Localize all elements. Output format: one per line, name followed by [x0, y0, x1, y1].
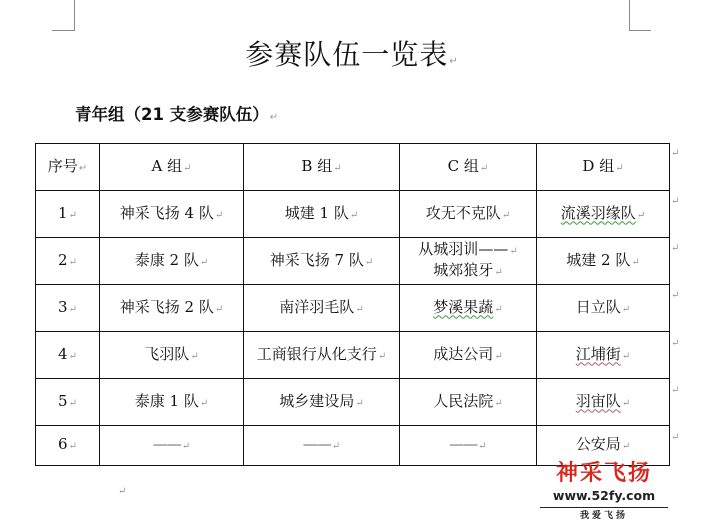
cell-group-a: 飞羽队↵	[100, 332, 244, 379]
watermark-slogan: 我爱飞扬	[545, 511, 663, 522]
page-title-text: 参赛队伍一览表	[245, 38, 448, 71]
header-label: B 组	[301, 157, 332, 175]
cell-group-b: 城乡建设局↵	[244, 379, 400, 426]
cell-text: 成达公司	[433, 345, 493, 363]
cell-group-b: 城建 1 队↵	[244, 191, 400, 238]
table-row: 4↵ 飞羽队↵ 工商银行从化支行↵ 成达公司↵ 江埔街↵	[36, 332, 670, 379]
crop-mark-left-horizontal	[52, 30, 75, 31]
table-row: 3↵ 神采飞扬 2 队↵ 南洋羽毛队↵ 梦溪果蔬↵ 日立队↵	[36, 285, 670, 332]
paragraph-mark-icon: ↵	[637, 210, 645, 221]
cell-group-c: ——↵	[400, 426, 537, 466]
cell-no: 3↵	[36, 285, 100, 332]
cell-text: 神采飞扬 2 队	[120, 298, 214, 316]
cell-text: 南洋羽毛队	[279, 298, 354, 316]
cell-text: 流溪羽缘队	[561, 204, 636, 222]
header-cell-group-d: D 组↵	[537, 144, 670, 191]
paragraph-mark-icon: ↵	[478, 441, 486, 452]
paragraph-mark-icon: ↵	[69, 351, 77, 362]
page-title: 参赛队伍一览表↵	[0, 33, 704, 73]
cell-text: 羽宙队	[576, 392, 621, 410]
row-end-mark-icon: ↵	[671, 338, 679, 349]
cell-text: 城建 1 队	[285, 204, 349, 222]
cell-group-b: 神采飞扬 7 队↵	[244, 238, 400, 285]
paragraph-mark-icon: ↵	[190, 351, 198, 362]
crop-mark-right-vertical	[629, 0, 630, 30]
row-end-mark-icon: ↵	[671, 290, 679, 301]
cell-text: 飞羽队	[144, 345, 189, 363]
paragraph-mark-icon: ↵	[270, 112, 278, 123]
paragraph-mark-icon: ↵	[494, 267, 502, 278]
cell-group-a: 泰康 1 队↵	[100, 379, 244, 426]
paragraph-mark-icon: ↵	[378, 351, 386, 362]
teams-table: 序号↵ A 组↵ B 组↵ C 组↵ D 组↵ 1↵ 神采飞扬 4 队↵ 城建 …	[35, 143, 670, 466]
paragraph-mark-icon: ↵	[118, 486, 126, 497]
cell-text: 神采飞扬 4 队	[120, 204, 214, 222]
cell-text: 江埔街	[576, 345, 621, 363]
cell-group-d: 日立队↵	[537, 285, 670, 332]
cell-text: 公安局	[576, 435, 621, 453]
cell-text: ——	[153, 435, 181, 453]
paragraph-mark-icon: ↵	[69, 441, 77, 452]
cell-no: 2↵	[36, 238, 100, 285]
table-row: 5↵ 泰康 1 队↵ 城乡建设局↵ 人民法院↵ 羽宙队↵	[36, 379, 670, 426]
paragraph-mark-icon: ↵	[183, 163, 191, 174]
paragraph-mark-icon: ↵	[350, 210, 358, 221]
row-end-mark-icon: ↵	[671, 243, 679, 254]
cell-group-a: 神采飞扬 2 队↵	[100, 285, 244, 332]
table-row: 2↵ 泰康 2 队↵ 神采飞扬 7 队↵ 从城羽训——↵城郊狼牙↵ 城建 2 队…	[36, 238, 670, 285]
cell-text: 攻无不克队	[426, 204, 501, 222]
cell-group-d: 城建 2 队↵	[537, 238, 670, 285]
header-label: A 组	[152, 157, 183, 175]
cell-text: 泰康 1 队	[135, 392, 199, 410]
paragraph-mark-icon: ↵	[449, 56, 458, 67]
cell-group-c: 成达公司↵	[400, 332, 537, 379]
header-label: C 组	[448, 157, 479, 175]
cell-no: 6↵	[36, 426, 100, 466]
cell-text: 梦溪果蔬	[433, 298, 493, 316]
cell-text: 城建 2 队	[566, 251, 630, 269]
paragraph-mark-icon: ↵	[355, 398, 363, 409]
table-header-row: 序号↵ A 组↵ B 组↵ C 组↵ D 组↵	[36, 144, 670, 191]
cell-group-c: 梦溪果蔬↵	[400, 285, 537, 332]
cell-group-b: 南洋羽毛队↵	[244, 285, 400, 332]
cell-no: 1↵	[36, 191, 100, 238]
paragraph-mark-icon: ↵	[494, 304, 502, 315]
paragraph-mark-icon: ↵	[333, 163, 341, 174]
cell-text: 6	[58, 435, 68, 453]
paragraph-mark-icon: ↵	[480, 163, 488, 174]
watermark-divider	[540, 507, 668, 508]
cell-group-d: 流溪羽缘队↵	[537, 191, 670, 238]
paragraph-mark-icon: ↵	[69, 304, 77, 315]
header-cell-no: 序号↵	[36, 144, 100, 191]
cell-text: 2	[58, 251, 68, 269]
paragraph-mark-icon: ↵	[502, 210, 510, 221]
header-cell-group-c: C 组↵	[400, 144, 537, 191]
cell-text: 城乡建设局	[279, 392, 354, 410]
cell-text: 泰康 2 队	[135, 251, 199, 269]
cell-no: 4↵	[36, 332, 100, 379]
paragraph-mark-icon: ↵	[622, 398, 630, 409]
row-end-mark-icon: ↵	[671, 148, 679, 159]
paragraph-mark-icon: ↵	[332, 441, 340, 452]
cell-text-line2: 城郊狼牙	[433, 261, 493, 279]
cell-group-c: 从城羽训——↵城郊狼牙↵	[400, 238, 537, 285]
paragraph-mark-icon: ↵	[365, 257, 373, 268]
cell-text: 1	[58, 204, 68, 222]
cell-group-a: 泰康 2 队↵	[100, 238, 244, 285]
cell-group-c: 攻无不克队↵	[400, 191, 537, 238]
paragraph-mark-icon: ↵	[69, 398, 77, 409]
watermark-url: www.52fy.com	[545, 488, 663, 504]
cell-group-c: 人民法院↵	[400, 379, 537, 426]
paragraph-mark-icon: ↵	[69, 210, 77, 221]
paragraph-mark-icon: ↵	[631, 257, 639, 268]
cell-group-a: 神采飞扬 4 队↵	[100, 191, 244, 238]
cell-group-a: ——↵	[100, 426, 244, 466]
cell-no: 5↵	[36, 379, 100, 426]
watermark-brand: 神采飞扬	[545, 462, 663, 486]
crop-mark-left-vertical	[74, 0, 75, 30]
header-cell-group-b: B 组↵	[244, 144, 400, 191]
header-label: D 组	[582, 157, 614, 175]
cell-group-b: 工商银行从化支行↵	[244, 332, 400, 379]
watermark-logo: 神采飞扬 www.52fy.com 我爱飞扬	[545, 462, 663, 522]
cell-text: ——	[449, 435, 477, 453]
paragraph-mark-icon: ↵	[622, 304, 630, 315]
cell-text: 工商银行从化支行	[257, 345, 377, 363]
cell-text: 5	[58, 392, 68, 410]
cell-text: 3	[58, 298, 68, 316]
cell-text: 日立队	[576, 298, 621, 316]
row-end-mark-icon: ↵	[671, 432, 679, 443]
row-end-mark-icon: ↵	[671, 196, 679, 207]
paragraph-mark-icon: ↵	[215, 210, 223, 221]
paragraph-mark-icon: ↵	[215, 304, 223, 315]
paragraph-mark-icon: ↵	[182, 441, 190, 452]
section-subtitle: 青年组（21 支参赛队伍）↵	[75, 101, 278, 125]
cell-text: 神采飞扬 7 队	[270, 251, 364, 269]
section-subtitle-text: 青年组（21 支参赛队伍）	[75, 105, 269, 124]
paragraph-mark-icon: ↵	[615, 163, 623, 174]
paragraph-mark-icon: ↵	[494, 398, 502, 409]
table-row: 6↵ ——↵ ——↵ ——↵ 公安局↵	[36, 426, 670, 466]
cell-text: 4	[58, 345, 68, 363]
paragraph-mark-icon: ↵	[494, 351, 502, 362]
paragraph-mark-icon: ↵	[622, 441, 630, 452]
paragraph-mark-icon: ↵	[355, 304, 363, 315]
table-row: 1↵ 神采飞扬 4 队↵ 城建 1 队↵ 攻无不克队↵ 流溪羽缘队↵	[36, 191, 670, 238]
cell-group-d: 羽宙队↵	[537, 379, 670, 426]
cell-group-b: ——↵	[244, 426, 400, 466]
paragraph-mark-icon: ↵	[200, 398, 208, 409]
cell-text: ——	[303, 435, 331, 453]
header-label: 序号	[48, 157, 78, 175]
cell-group-d: 公安局↵	[537, 426, 670, 466]
header-cell-group-a: A 组↵	[100, 144, 244, 191]
cell-text-line1: 从城羽训——	[418, 240, 508, 258]
row-end-mark-icon: ↵	[671, 385, 679, 396]
paragraph-mark-icon: ↵	[69, 257, 77, 268]
paragraph-mark-icon: ↵	[622, 351, 630, 362]
paragraph-mark-icon: ↵	[79, 163, 87, 174]
crop-mark-right-horizontal	[629, 30, 651, 31]
cell-text: 人民法院	[433, 392, 493, 410]
paragraph-mark-icon: ↵	[200, 257, 208, 268]
paragraph-mark-icon: ↵	[509, 246, 517, 257]
cell-group-d: 江埔街↵	[537, 332, 670, 379]
